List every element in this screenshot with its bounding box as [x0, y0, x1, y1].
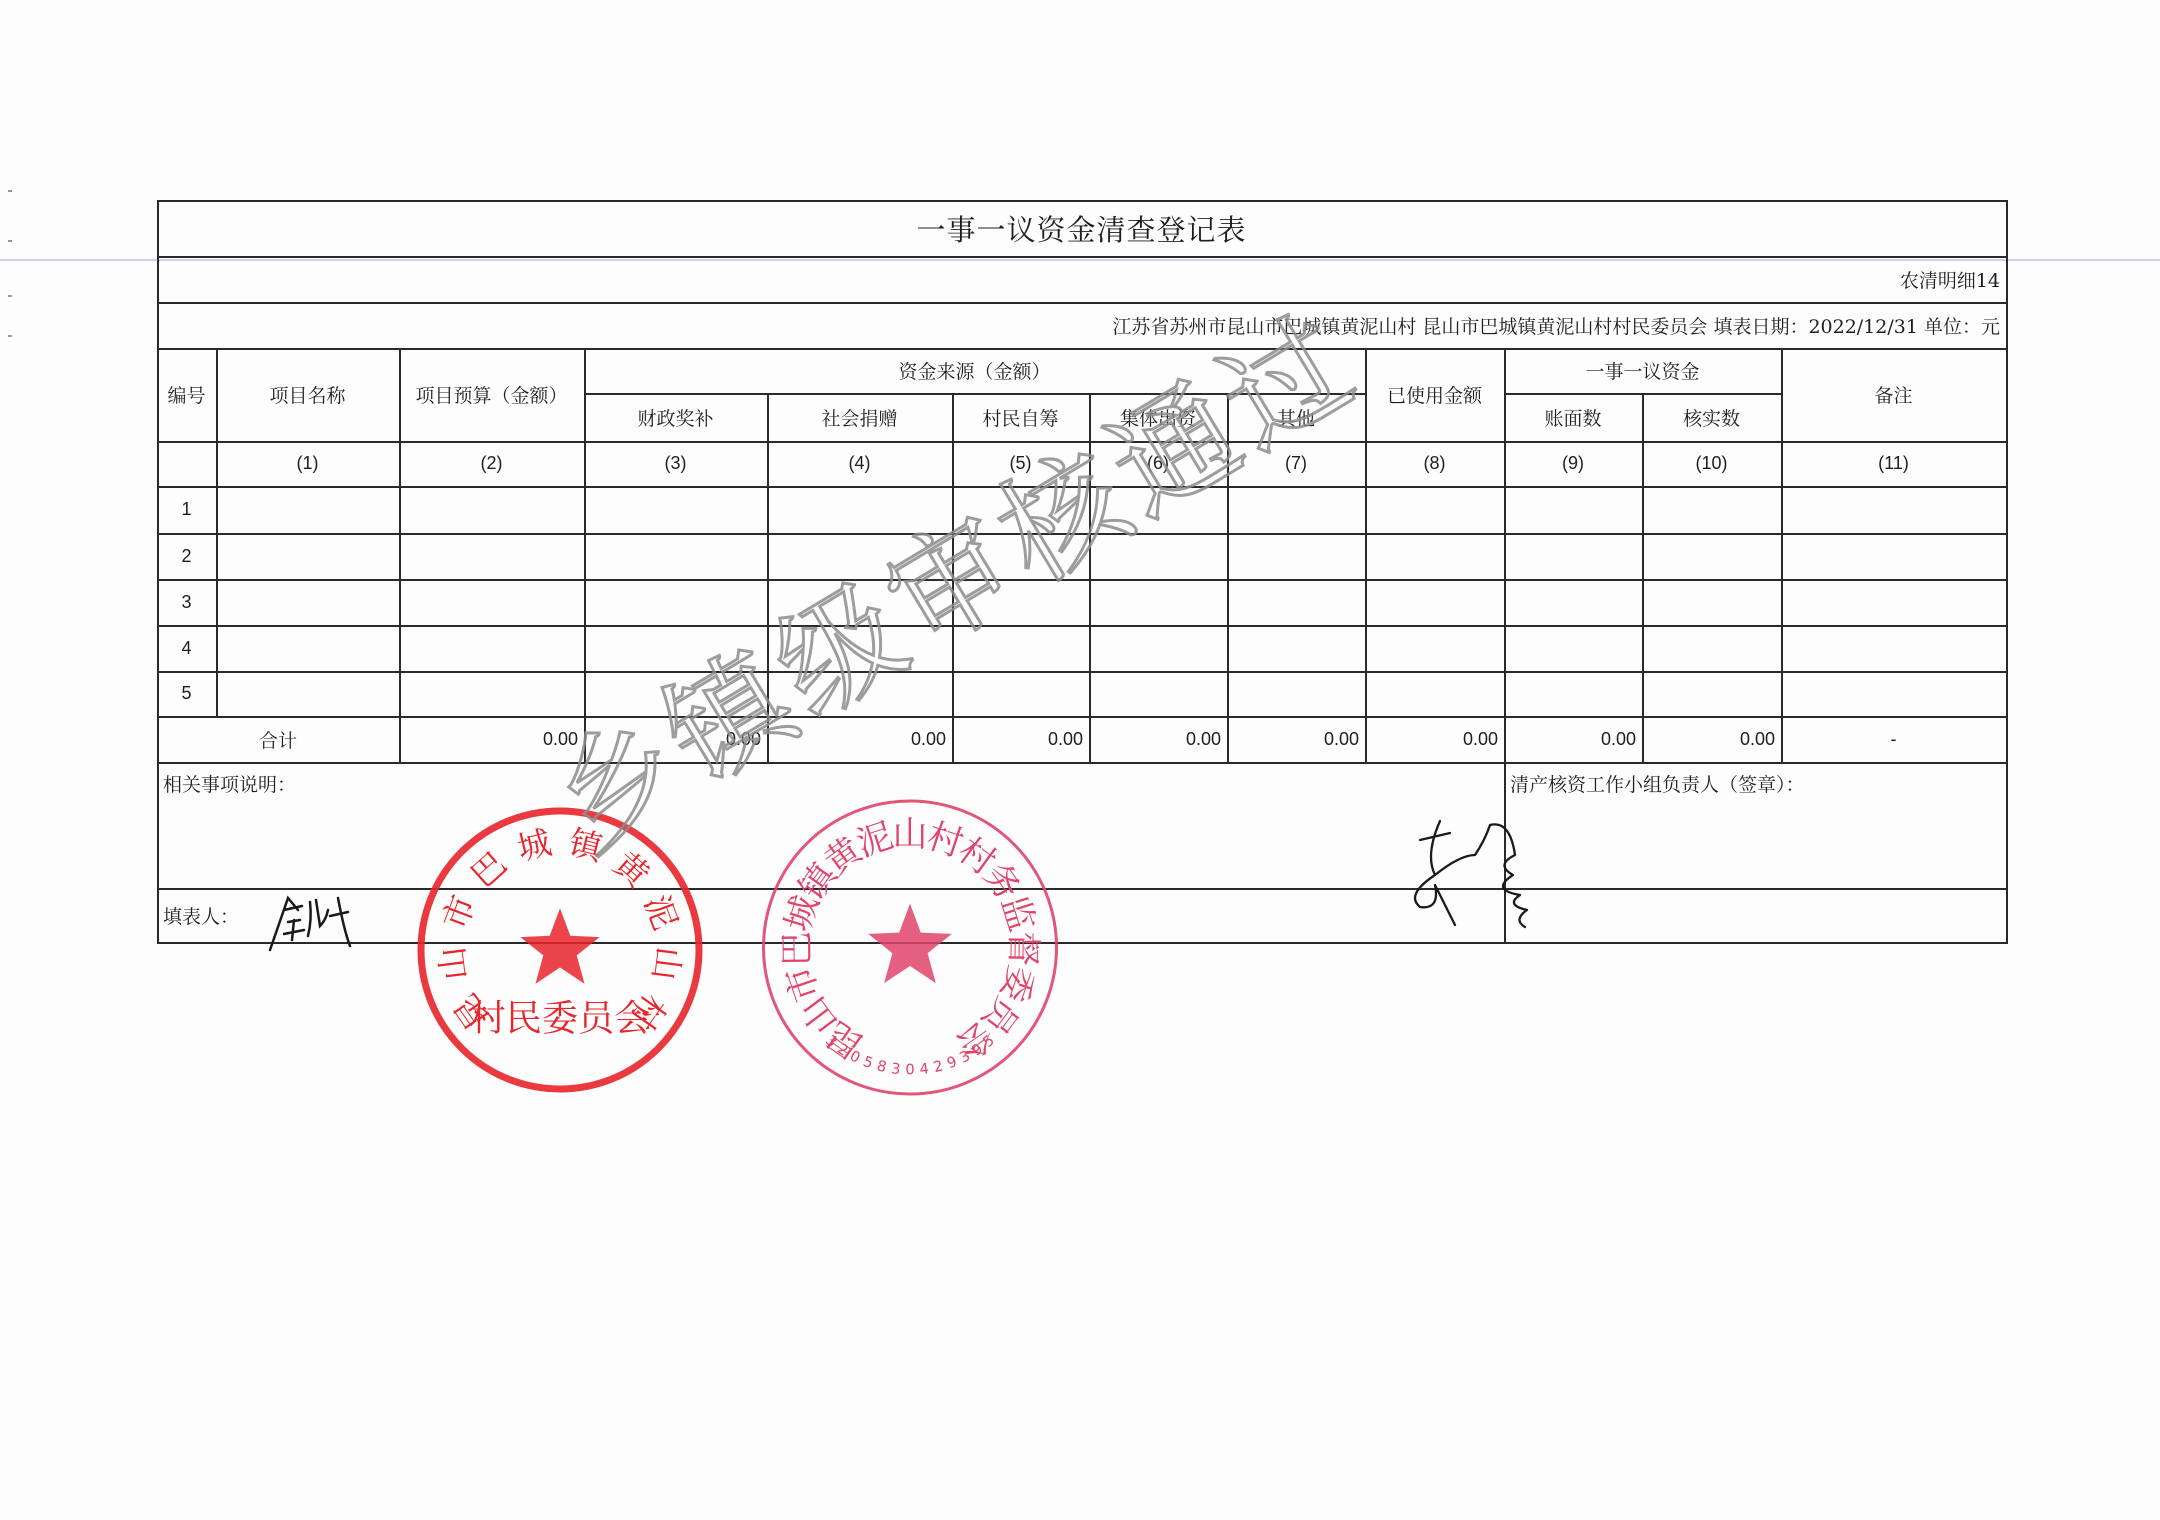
- header-project-budget: 项目预算（金额）: [399, 348, 584, 441]
- edge-mark: [8, 335, 12, 337]
- form-code: 农清明细14: [157, 256, 2006, 302]
- table-cell: [952, 671, 1089, 716]
- table-cell: [1365, 486, 1504, 533]
- svg-text:城: 城: [513, 823, 555, 869]
- svg-text:9: 9: [945, 1053, 960, 1072]
- column-code: (2): [399, 441, 584, 486]
- column-code: (8): [1365, 441, 1504, 486]
- table-cell: [1365, 579, 1504, 625]
- svg-text:督: 督: [1002, 931, 1043, 967]
- svg-text:泥: 泥: [637, 890, 685, 935]
- svg-text:3: 3: [890, 1060, 901, 1078]
- table-cell: [584, 486, 767, 533]
- svg-text:山: 山: [645, 945, 688, 983]
- table-cell: [216, 579, 399, 625]
- svg-text:山: 山: [892, 814, 927, 855]
- table-cell: [1642, 625, 1781, 671]
- table-cell: [216, 533, 399, 579]
- table-cell: [216, 486, 399, 533]
- header-yishi-fund: 一事一议资金: [1504, 348, 1781, 393]
- totals-value: 0.00: [952, 716, 1089, 762]
- totals-value: 0.00: [1365, 716, 1504, 762]
- table-cell: [399, 486, 584, 533]
- svg-text:市: 市: [435, 890, 483, 935]
- table-cell: [584, 533, 767, 579]
- header-project-name: 项目名称: [216, 348, 399, 441]
- column-code: (1): [216, 441, 399, 486]
- table-cell: [1642, 486, 1781, 533]
- svg-text:巴: 巴: [463, 844, 514, 895]
- table-cell: [216, 671, 399, 716]
- totals-value: 0.00: [1504, 716, 1642, 762]
- table-cell: [1781, 625, 2006, 671]
- totals-value: -: [1781, 716, 2006, 762]
- table-cell: [1642, 671, 1781, 716]
- table-cell: [1504, 671, 1642, 716]
- header-no: 编号: [157, 348, 216, 441]
- table-cell: [1089, 625, 1227, 671]
- table-cell: [1504, 625, 1642, 671]
- grid-line: [2006, 200, 2008, 944]
- village-supervision-stamp: 昆山市巴城镇黄泥山村村务监督委员会3205830429395: [755, 795, 1065, 1100]
- table-cell: [1089, 671, 1227, 716]
- table-cell: [1227, 533, 1365, 579]
- table-cell: [399, 579, 584, 625]
- table-cell: [1504, 486, 1642, 533]
- leader-label: 清产核资工作小组负责人（签章）：: [1504, 762, 2006, 942]
- svg-text:5: 5: [861, 1053, 876, 1072]
- table-cell: [399, 533, 584, 579]
- edge-mark: [8, 295, 12, 297]
- svg-text:0: 0: [905, 1062, 914, 1079]
- header-used-amount: 已使用金额: [1365, 348, 1504, 441]
- edge-mark: [8, 190, 12, 192]
- table-cell: [1781, 486, 2006, 533]
- svg-text:8: 8: [875, 1057, 888, 1076]
- header-remarks: 备注: [1781, 348, 2006, 441]
- table-cell: [1781, 671, 2006, 716]
- header-social-donation: 社会捐赠: [767, 393, 952, 441]
- edge-mark: [8, 240, 12, 242]
- filler-signature: [250, 880, 360, 960]
- header-fiscal-subsidy: 财政奖补: [584, 393, 767, 441]
- svg-text:巴: 巴: [776, 931, 817, 967]
- row-number: 4: [157, 625, 216, 671]
- row-number: 1: [157, 486, 216, 533]
- totals-value: 0.00: [1227, 716, 1365, 762]
- row-number: 3: [157, 579, 216, 625]
- svg-text:山: 山: [432, 945, 475, 983]
- table-cell: [1089, 579, 1227, 625]
- row-number: 5: [157, 671, 216, 716]
- form-title: 一事一议资金清查登记表: [157, 200, 2006, 256]
- svg-text:4: 4: [919, 1060, 930, 1078]
- table-cell: [1504, 579, 1642, 625]
- column-code: (10): [1642, 441, 1781, 486]
- table-cell: [1365, 625, 1504, 671]
- table-cell: [216, 625, 399, 671]
- header-book-amount: 账面数: [1504, 393, 1642, 441]
- table-cell: [1227, 579, 1365, 625]
- column-code: (11): [1781, 441, 2006, 486]
- leader-signature: [1395, 815, 1575, 935]
- totals-value: 0.00: [1089, 716, 1227, 762]
- table-cell: [1227, 625, 1365, 671]
- column-code: (4): [767, 441, 952, 486]
- svg-text:2: 2: [932, 1057, 945, 1076]
- table-cell: [399, 625, 584, 671]
- row-number: 2: [157, 533, 216, 579]
- table-cell: [1781, 533, 2006, 579]
- table-cell: [1504, 533, 1642, 579]
- totals-value: 0.00: [1642, 716, 1781, 762]
- header-verified-amount: 核实数: [1642, 393, 1781, 441]
- table-cell: [1365, 671, 1504, 716]
- table-cell: [1642, 579, 1781, 625]
- table-cell: [1365, 533, 1504, 579]
- form-info-line: 江苏省苏州市昆山市巴城镇黄泥山村 昆山市巴城镇黄泥山村村民委员会 填表日期：20…: [157, 302, 2006, 348]
- table-cell: [1227, 671, 1365, 716]
- table-cell: [1781, 579, 2006, 625]
- column-code: (3): [584, 441, 767, 486]
- column-code: (9): [1504, 441, 1642, 486]
- table-cell: [1642, 533, 1781, 579]
- svg-text:村民委员会: 村民委员会: [470, 997, 651, 1040]
- totals-label: 合计: [157, 716, 399, 762]
